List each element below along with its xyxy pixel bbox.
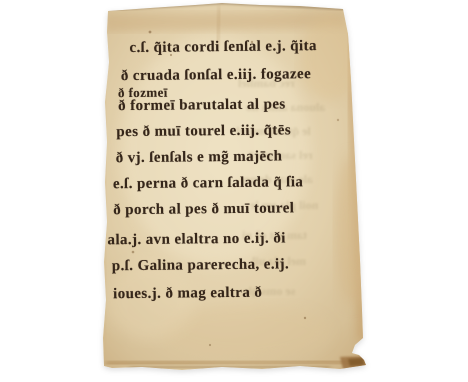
manuscript-text-line: e.ſ. perna ð carn ſalada q̃ ſia (113, 174, 304, 192)
manuscript-text-line: ð vj. ſenſals e mg̃ majēch (116, 148, 283, 166)
manuscript-text-line: ð porch al pes ð muī tourel (113, 200, 294, 218)
photo-background: rec bamllel aluona amēs ho le q̃ts eð mu… (0, 0, 468, 382)
manuscript-text-line: ð formeī barutalat al pes (118, 96, 286, 114)
manuscript-text-line: ioues.j. ð mag ealtra ð (113, 285, 262, 303)
manuscript-text-line: ð cruada ſonſal e.iij. fogazee (121, 66, 311, 84)
manuscript-text-line: ala.j. avn elaltra no e.ij. ði (107, 230, 285, 248)
manuscript-text-block: c.ſ. q̃ita cordi ſenſal e.j. q̃ita ð cru… (0, 0, 468, 382)
manuscript-text-line: p.ſ. Galina parerecha, e.ij. (112, 256, 289, 274)
manuscript-text-line: c.ſ. q̃ita cordi ſenſal e.j. q̃ita (129, 38, 317, 56)
manuscript-text-line: pes ð muī tourel e.iij. q̃tēs (116, 122, 291, 140)
